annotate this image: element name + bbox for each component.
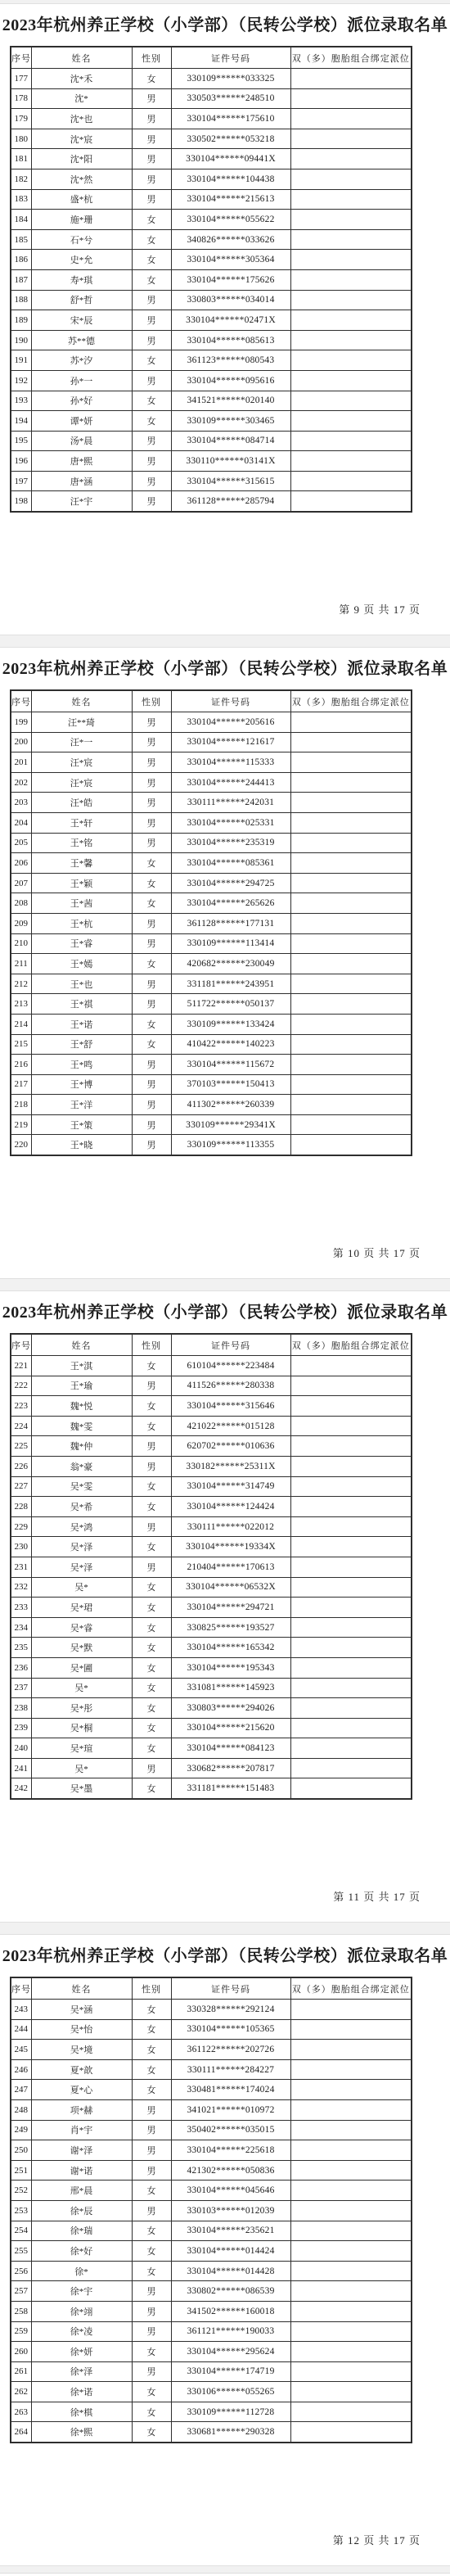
table-header-row: 序号姓名性别证件号码双（多）胞胎组合绑定派位 — [11, 690, 412, 712]
id-number-cell: 330109******033325 — [171, 69, 290, 89]
twin-binding-cell — [290, 2402, 412, 2422]
serial-cell: 186 — [11, 250, 31, 270]
gender-cell: 女 — [132, 2261, 171, 2281]
twin-binding-cell — [290, 471, 412, 491]
gender-cell: 男 — [132, 290, 171, 310]
table-row: 177沈*禾女330109******033325 — [11, 69, 412, 89]
id-number-cell: 330502******053218 — [171, 129, 290, 149]
name-cell: 宋*辰 — [31, 310, 132, 331]
name-cell: 汪**琦 — [31, 712, 132, 733]
twin-binding-cell — [290, 2361, 412, 2382]
name-cell: 汪*宸 — [31, 752, 132, 773]
twin-binding-cell — [290, 2281, 412, 2302]
serial-cell: 181 — [11, 149, 31, 169]
serial-cell: 192 — [11, 370, 31, 391]
twin-binding-cell — [290, 2019, 412, 2040]
id-number-cell: 330104******085361 — [171, 853, 290, 874]
name-cell: 谢*泽 — [31, 2140, 132, 2161]
table-row: 215王*舒女410422******140223 — [11, 1034, 412, 1055]
document-pages: 2023年杭州养正学校（小学部）（民转公学校）派位录取名单 序号姓名性别证件号码… — [0, 3, 450, 2566]
table-row: 219王*策男330109******29341X — [11, 1114, 412, 1135]
name-cell: 王*铭 — [31, 833, 132, 853]
name-cell: 徐*好 — [31, 2241, 132, 2262]
table-row: 188舒*哲男330803******034014 — [11, 290, 412, 310]
serial-cell: 233 — [11, 1598, 31, 1618]
id-number-cell: 331081******145923 — [171, 1678, 290, 1698]
twin-binding-cell — [290, 1497, 412, 1517]
id-number-cell: 330104******315646 — [171, 1396, 290, 1417]
twin-binding-cell — [290, 954, 412, 974]
serial-cell: 234 — [11, 1617, 31, 1638]
serial-cell: 253 — [11, 2200, 31, 2221]
gender-cell: 男 — [132, 712, 171, 733]
gender-cell: 女 — [132, 1738, 171, 1759]
gender-cell: 女 — [132, 1778, 171, 1799]
table-row: 234吴*睿女330825******193527 — [11, 1617, 412, 1638]
twin-binding-cell — [290, 149, 412, 169]
table-row: 197唐*涵男330104******315615 — [11, 471, 412, 491]
serial-cell: 257 — [11, 2281, 31, 2302]
page-gap — [0, 1923, 450, 1934]
id-number-cell: 330104******265626 — [171, 893, 290, 914]
name-cell: 吴*怡 — [31, 2019, 132, 2040]
twin-binding-cell — [290, 2181, 412, 2201]
name-cell: 吴*涵 — [31, 2000, 132, 2020]
gender-cell: 男 — [132, 752, 171, 773]
gender-cell: 男 — [132, 1456, 171, 1476]
table-row: 203汪*皓男330111******242031 — [11, 793, 412, 813]
twin-binding-cell — [290, 793, 412, 813]
twin-binding-cell — [290, 1778, 412, 1799]
id-number-cell: 330104******09441X — [171, 149, 290, 169]
gender-cell: 男 — [132, 471, 171, 491]
gender-cell: 男 — [132, 812, 171, 833]
name-cell: 沈* — [31, 88, 132, 109]
gender-cell: 男 — [132, 793, 171, 813]
table-row: 193孙*好女341521******020140 — [11, 391, 412, 411]
gender-cell: 女 — [132, 69, 171, 89]
twin-binding-cell — [290, 391, 412, 411]
serial-cell: 197 — [11, 471, 31, 491]
twin-binding-cell — [290, 250, 412, 270]
gender-cell: 男 — [132, 169, 171, 189]
table-row: 216王*鸣男330104******115672 — [11, 1055, 412, 1075]
name-cell: 石*兮 — [31, 229, 132, 250]
table-row: 191苏*汐女361123******080543 — [11, 350, 412, 371]
twin-binding-cell — [290, 1657, 412, 1678]
table-row: 221王*淇女610104******223484 — [11, 1356, 412, 1376]
document-page: 2023年杭州养正学校（小学部）（民转公学校）派位录取名单 序号姓名性别证件号码… — [0, 1290, 450, 1923]
gender-cell: 男 — [132, 732, 171, 752]
name-cell: 王*诺 — [31, 1014, 132, 1034]
table-row: 249肖*宇男350402******035015 — [11, 2120, 412, 2140]
table-row: 220王*晓男330109******113355 — [11, 1135, 412, 1155]
table-row: 201汪*宸男330104******115333 — [11, 752, 412, 773]
name-cell: 汪*一 — [31, 732, 132, 752]
serial-cell: 247 — [11, 2080, 31, 2100]
name-cell: 寿*琪 — [31, 269, 132, 290]
table-row: 186史*允女330104******305364 — [11, 250, 412, 270]
serial-cell: 259 — [11, 2321, 31, 2342]
serial-cell: 195 — [11, 431, 31, 451]
twin-binding-cell — [290, 2422, 412, 2443]
table-row: 247夏*心女330481******174024 — [11, 2080, 412, 2100]
page-number-footer: 第 10 页 共 17 页 — [333, 1245, 421, 1260]
table-row: 256徐*女330104******014428 — [11, 2261, 412, 2281]
twin-binding-cell — [290, 1456, 412, 1476]
id-number-cell: 330328******292124 — [171, 2000, 290, 2020]
id-number-cell: 330802******086539 — [171, 2281, 290, 2302]
name-cell: 王*颖 — [31, 873, 132, 893]
serial-cell: 225 — [11, 1436, 31, 1457]
twin-binding-cell — [290, 88, 412, 109]
name-cell: 汪*宇 — [31, 491, 132, 512]
id-number-cell: 330104******06532X — [171, 1577, 290, 1598]
gender-cell: 女 — [132, 2059, 171, 2080]
name-cell: 孙*好 — [31, 391, 132, 411]
serial-cell: 256 — [11, 2261, 31, 2281]
page-gap — [0, 1279, 450, 1290]
name-cell: 唐*熙 — [31, 451, 132, 472]
table-header-row: 序号姓名性别证件号码双（多）胞胎组合绑定派位 — [11, 1977, 412, 2000]
id-number-cell: 330104******215620 — [171, 1718, 290, 1738]
table-row: 212王*也男331181******243951 — [11, 974, 412, 994]
twin-binding-cell — [290, 2140, 412, 2161]
table-row: 181沈*阳男330104******09441X — [11, 149, 412, 169]
table-row: 178沈*男330503******248510 — [11, 88, 412, 109]
page-gap — [0, 635, 450, 647]
serial-cell: 214 — [11, 1014, 31, 1034]
serial-cell: 230 — [11, 1537, 31, 1557]
table-row: 254徐*瑞女330104******235621 — [11, 2221, 412, 2241]
id-number-cell: 330104******121617 — [171, 732, 290, 752]
table-row: 240吴*瑄女330104******084123 — [11, 1738, 412, 1759]
serial-cell: 254 — [11, 2221, 31, 2241]
table-row: 239吴*桐女330104******215620 — [11, 1718, 412, 1738]
column-header-twin_binding: 双（多）胞胎组合绑定派位 — [290, 1977, 412, 2000]
gender-cell: 女 — [132, 350, 171, 371]
next-page-top-edge — [0, 2573, 450, 2576]
table-row: 180沈*宸男330502******053218 — [11, 129, 412, 149]
serial-cell: 219 — [11, 1114, 31, 1135]
gender-cell: 女 — [132, 1476, 171, 1497]
gender-cell: 女 — [132, 1537, 171, 1557]
id-number-cell: 511722******050137 — [171, 994, 290, 1015]
name-cell: 吴*圃 — [31, 1657, 132, 1678]
gender-cell: 女 — [132, 229, 171, 250]
twin-binding-cell — [290, 189, 412, 210]
column-header-serial: 序号 — [11, 1977, 31, 2000]
table-row: 224魏*雯女421022******015128 — [11, 1416, 412, 1436]
gender-cell: 男 — [132, 1135, 171, 1155]
name-cell: 史*允 — [31, 250, 132, 270]
serial-cell: 226 — [11, 1456, 31, 1476]
name-cell: 沈*禾 — [31, 69, 132, 89]
twin-binding-cell — [290, 1416, 412, 1436]
twin-binding-cell — [290, 873, 412, 893]
serial-cell: 255 — [11, 2241, 31, 2262]
table-row: 222王*瑜男411526******280338 — [11, 1376, 412, 1396]
records-table: 序号姓名性别证件号码双（多）胞胎组合绑定派位 199汪**琦男330104***… — [10, 689, 412, 1156]
serial-cell: 236 — [11, 1657, 31, 1678]
table-row: 246夏*歆女330111******284227 — [11, 2059, 412, 2080]
table-row: 183盛*杭男330104******215613 — [11, 189, 412, 210]
id-number-cell: 330182******25311X — [171, 1456, 290, 1476]
name-cell: 邢*晨 — [31, 2181, 132, 2201]
gender-cell: 男 — [132, 1436, 171, 1457]
table-row: 211王*嫣女420682******230049 — [11, 954, 412, 974]
gender-cell: 女 — [132, 2241, 171, 2262]
twin-binding-cell — [290, 853, 412, 874]
id-number-cell: 330104******104438 — [171, 169, 290, 189]
gender-cell: 女 — [132, 269, 171, 290]
twin-binding-cell — [290, 1034, 412, 1055]
id-number-cell: 330109******303465 — [171, 411, 290, 432]
name-cell: 徐* — [31, 2261, 132, 2281]
table-row: 253徐*辰男330103******012039 — [11, 2200, 412, 2221]
serial-cell: 183 — [11, 189, 31, 210]
name-cell: 徐*凌 — [31, 2321, 132, 2342]
column-header-name: 姓名 — [31, 1977, 132, 2000]
twin-binding-cell — [290, 833, 412, 853]
twin-binding-cell — [290, 411, 412, 432]
serial-cell: 249 — [11, 2120, 31, 2140]
document-page: 2023年杭州养正学校（小学部）（民转公学校）派位录取名单 序号姓名性别证件号码… — [0, 647, 450, 1279]
table-row: 192孙*一男330104******095616 — [11, 370, 412, 391]
id-number-cell: 330104******085613 — [171, 330, 290, 350]
twin-binding-cell — [290, 1055, 412, 1075]
id-number-cell: 330109******113414 — [171, 933, 290, 954]
page-title: 2023年杭州养正学校（小学部）（民转公学校）派位录取名单 — [0, 1935, 450, 1966]
serial-cell: 200 — [11, 732, 31, 752]
gender-cell: 女 — [132, 1638, 171, 1658]
id-number-cell: 330104******175610 — [171, 109, 290, 129]
serial-cell: 235 — [11, 1638, 31, 1658]
table-row: 245吴*境女361122******202726 — [11, 2040, 412, 2060]
serial-cell: 244 — [11, 2019, 31, 2040]
gender-cell: 男 — [132, 1095, 171, 1115]
gender-cell: 男 — [132, 913, 171, 933]
page-number-footer: 第 11 页 共 17 页 — [333, 1888, 421, 1904]
serial-cell: 208 — [11, 893, 31, 914]
id-number-cell: 411526******280338 — [171, 1376, 290, 1396]
gender-cell: 女 — [132, 2019, 171, 2040]
serial-cell: 240 — [11, 1738, 31, 1759]
gender-cell: 男 — [132, 2120, 171, 2140]
column-header-gender: 性别 — [132, 47, 171, 69]
table-row: 218王*洋男411302******260339 — [11, 1095, 412, 1115]
id-number-cell: 330104******014424 — [171, 2241, 290, 2262]
table-row: 263徐*棋女330109******112728 — [11, 2402, 412, 2422]
gender-cell: 女 — [132, 2181, 171, 2201]
id-number-cell: 361122******202726 — [171, 2040, 290, 2060]
document-page: 2023年杭州养正学校（小学部）（民转公学校）派位录取名单 序号姓名性别证件号码… — [0, 1934, 450, 2566]
gender-cell: 男 — [132, 1557, 171, 1577]
gender-cell: 女 — [132, 2402, 171, 2422]
name-cell: 汤*晨 — [31, 431, 132, 451]
gender-cell: 女 — [132, 411, 171, 432]
document-page: 2023年杭州养正学校（小学部）（民转公学校）派位录取名单 序号姓名性别证件号码… — [0, 3, 450, 635]
twin-binding-cell — [290, 2040, 412, 2060]
serial-cell: 223 — [11, 1396, 31, 1417]
table-row: 238吴*彤女330803******294026 — [11, 1698, 412, 1719]
gender-cell: 男 — [132, 149, 171, 169]
table-row: 179沈*也男330104******175610 — [11, 109, 412, 129]
gender-cell: 男 — [132, 2281, 171, 2302]
twin-binding-cell — [290, 1537, 412, 1557]
id-number-cell: 330104******244413 — [171, 772, 290, 793]
id-number-cell: 330104******295624 — [171, 2342, 290, 2362]
table-row: 236吴*圃女330104******195343 — [11, 1657, 412, 1678]
name-cell: 吴*墨 — [31, 1778, 132, 1799]
name-cell: 徐*棋 — [31, 2402, 132, 2422]
name-cell: 吴*默 — [31, 1638, 132, 1658]
id-number-cell: 421302******050836 — [171, 2160, 290, 2181]
serial-cell: 224 — [11, 1416, 31, 1436]
twin-binding-cell — [290, 451, 412, 472]
id-number-cell: 330109******133424 — [171, 1014, 290, 1034]
serial-cell: 189 — [11, 310, 31, 331]
id-number-cell: 361128******285794 — [171, 491, 290, 512]
gender-cell: 男 — [132, 2160, 171, 2181]
id-number-cell: 410422******140223 — [171, 1034, 290, 1055]
name-cell: 吴*泽 — [31, 1537, 132, 1557]
name-cell: 吴*瑄 — [31, 1738, 132, 1759]
serial-cell: 220 — [11, 1135, 31, 1155]
id-number-cell: 330104******02471X — [171, 310, 290, 331]
table-row: 248项*赫男341021******010972 — [11, 2099, 412, 2120]
gender-cell: 女 — [132, 954, 171, 974]
serial-cell: 250 — [11, 2140, 31, 2161]
name-cell: 沈*也 — [31, 109, 132, 129]
name-cell: 吴*境 — [31, 2040, 132, 2060]
gender-cell: 女 — [132, 2422, 171, 2443]
serial-cell: 222 — [11, 1376, 31, 1396]
column-header-id_number: 证件号码 — [171, 1977, 290, 2000]
column-header-twin_binding: 双（多）胞胎组合绑定派位 — [290, 1334, 412, 1356]
column-header-serial: 序号 — [11, 47, 31, 69]
serial-cell: 194 — [11, 411, 31, 432]
id-number-cell: 330109******29341X — [171, 1114, 290, 1135]
twin-binding-cell — [290, 2000, 412, 2020]
serial-cell: 241 — [11, 1758, 31, 1778]
serial-cell: 209 — [11, 913, 31, 933]
name-cell: 王*也 — [31, 974, 132, 994]
gender-cell: 男 — [132, 2361, 171, 2382]
records-table: 序号姓名性别证件号码双（多）胞胎组合绑定派位 177沈*禾女330109****… — [10, 46, 412, 513]
name-cell: 吴*鸿 — [31, 1516, 132, 1537]
name-cell: 徐*妍 — [31, 2342, 132, 2362]
id-number-cell: 330111******022012 — [171, 1516, 290, 1537]
table-row: 214王*诺女330109******133424 — [11, 1014, 412, 1034]
column-header-gender: 性别 — [132, 1977, 171, 2000]
name-cell: 孙*一 — [31, 370, 132, 391]
id-number-cell: 420682******230049 — [171, 954, 290, 974]
id-number-cell: 330111******284227 — [171, 2059, 290, 2080]
serial-cell: 191 — [11, 350, 31, 371]
id-number-cell: 330825******193527 — [171, 1617, 290, 1638]
name-cell: 王*鸣 — [31, 1055, 132, 1075]
serial-cell: 190 — [11, 330, 31, 350]
twin-binding-cell — [290, 1718, 412, 1738]
gender-cell: 男 — [132, 1055, 171, 1075]
name-cell: 魏*雯 — [31, 1416, 132, 1436]
twin-binding-cell — [290, 2200, 412, 2221]
name-cell: 王*洋 — [31, 1095, 132, 1115]
name-cell: 沈*然 — [31, 169, 132, 189]
id-number-cell: 330104******095616 — [171, 370, 290, 391]
id-number-cell: 330682******207817 — [171, 1758, 290, 1778]
column-header-serial: 序号 — [11, 1334, 31, 1356]
table-row: 185石*兮女340826******033626 — [11, 229, 412, 250]
name-cell: 王*馨 — [31, 853, 132, 874]
twin-binding-cell — [290, 752, 412, 773]
twin-binding-cell — [290, 1014, 412, 1034]
table-row: 205王*铭男330104******235319 — [11, 833, 412, 853]
name-cell: 徐*泽 — [31, 2361, 132, 2382]
id-number-cell: 330104******165342 — [171, 1638, 290, 1658]
gender-cell: 男 — [132, 2140, 171, 2161]
twin-binding-cell — [290, 732, 412, 752]
gender-cell: 女 — [132, 1416, 171, 1436]
serial-cell: 212 — [11, 974, 31, 994]
column-header-name: 姓名 — [31, 47, 132, 69]
name-cell: 舒*哲 — [31, 290, 132, 310]
id-number-cell: 361128******177131 — [171, 913, 290, 933]
id-number-cell: 330803******034014 — [171, 290, 290, 310]
name-cell: 苏**德 — [31, 330, 132, 350]
serial-cell: 232 — [11, 1577, 31, 1598]
page-title: 2023年杭州养正学校（小学部）（民转公学校）派位录取名单 — [0, 648, 450, 679]
name-cell: 谢*诺 — [31, 2160, 132, 2181]
records-table: 序号姓名性别证件号码双（多）胞胎组合绑定派位 221王*淇女610104****… — [10, 1333, 412, 1800]
table-row: 196唐*熙男330110******03141X — [11, 451, 412, 472]
twin-binding-cell — [290, 1577, 412, 1598]
twin-binding-cell — [290, 1758, 412, 1778]
table-row: 208王*茜女330104******265626 — [11, 893, 412, 914]
serial-cell: 211 — [11, 954, 31, 974]
gender-cell: 男 — [132, 451, 171, 472]
gender-cell: 女 — [132, 1617, 171, 1638]
gender-cell: 男 — [132, 1114, 171, 1135]
table-row: 204王*轩男330104******025331 — [11, 812, 412, 833]
name-cell: 沈*宸 — [31, 129, 132, 149]
name-cell: 吴*桐 — [31, 1718, 132, 1738]
twin-binding-cell — [290, 2342, 412, 2362]
serial-cell: 246 — [11, 2059, 31, 2080]
twin-binding-cell — [290, 229, 412, 250]
serial-cell: 237 — [11, 1678, 31, 1698]
twin-binding-cell — [290, 1557, 412, 1577]
page-number-footer: 第 12 页 共 17 页 — [333, 2532, 421, 2547]
serial-cell: 238 — [11, 1698, 31, 1719]
twin-binding-cell — [290, 210, 412, 230]
table-row: 233吴*珺女330104******294721 — [11, 1598, 412, 1618]
twin-binding-cell — [290, 772, 412, 793]
twin-binding-cell — [290, 129, 412, 149]
column-header-gender: 性别 — [132, 1334, 171, 1356]
name-cell: 王*瑜 — [31, 1376, 132, 1396]
twin-binding-cell — [290, 2080, 412, 2100]
name-cell: 吴*泽 — [31, 1557, 132, 1577]
id-number-cell: 361123******080543 — [171, 350, 290, 371]
id-number-cell: 341502******160018 — [171, 2301, 290, 2321]
id-number-cell: 330104******084714 — [171, 431, 290, 451]
gender-cell: 女 — [132, 1396, 171, 1417]
gender-cell: 女 — [132, 1598, 171, 1618]
id-number-cell: 330104******314749 — [171, 1476, 290, 1497]
serial-cell: 221 — [11, 1356, 31, 1376]
